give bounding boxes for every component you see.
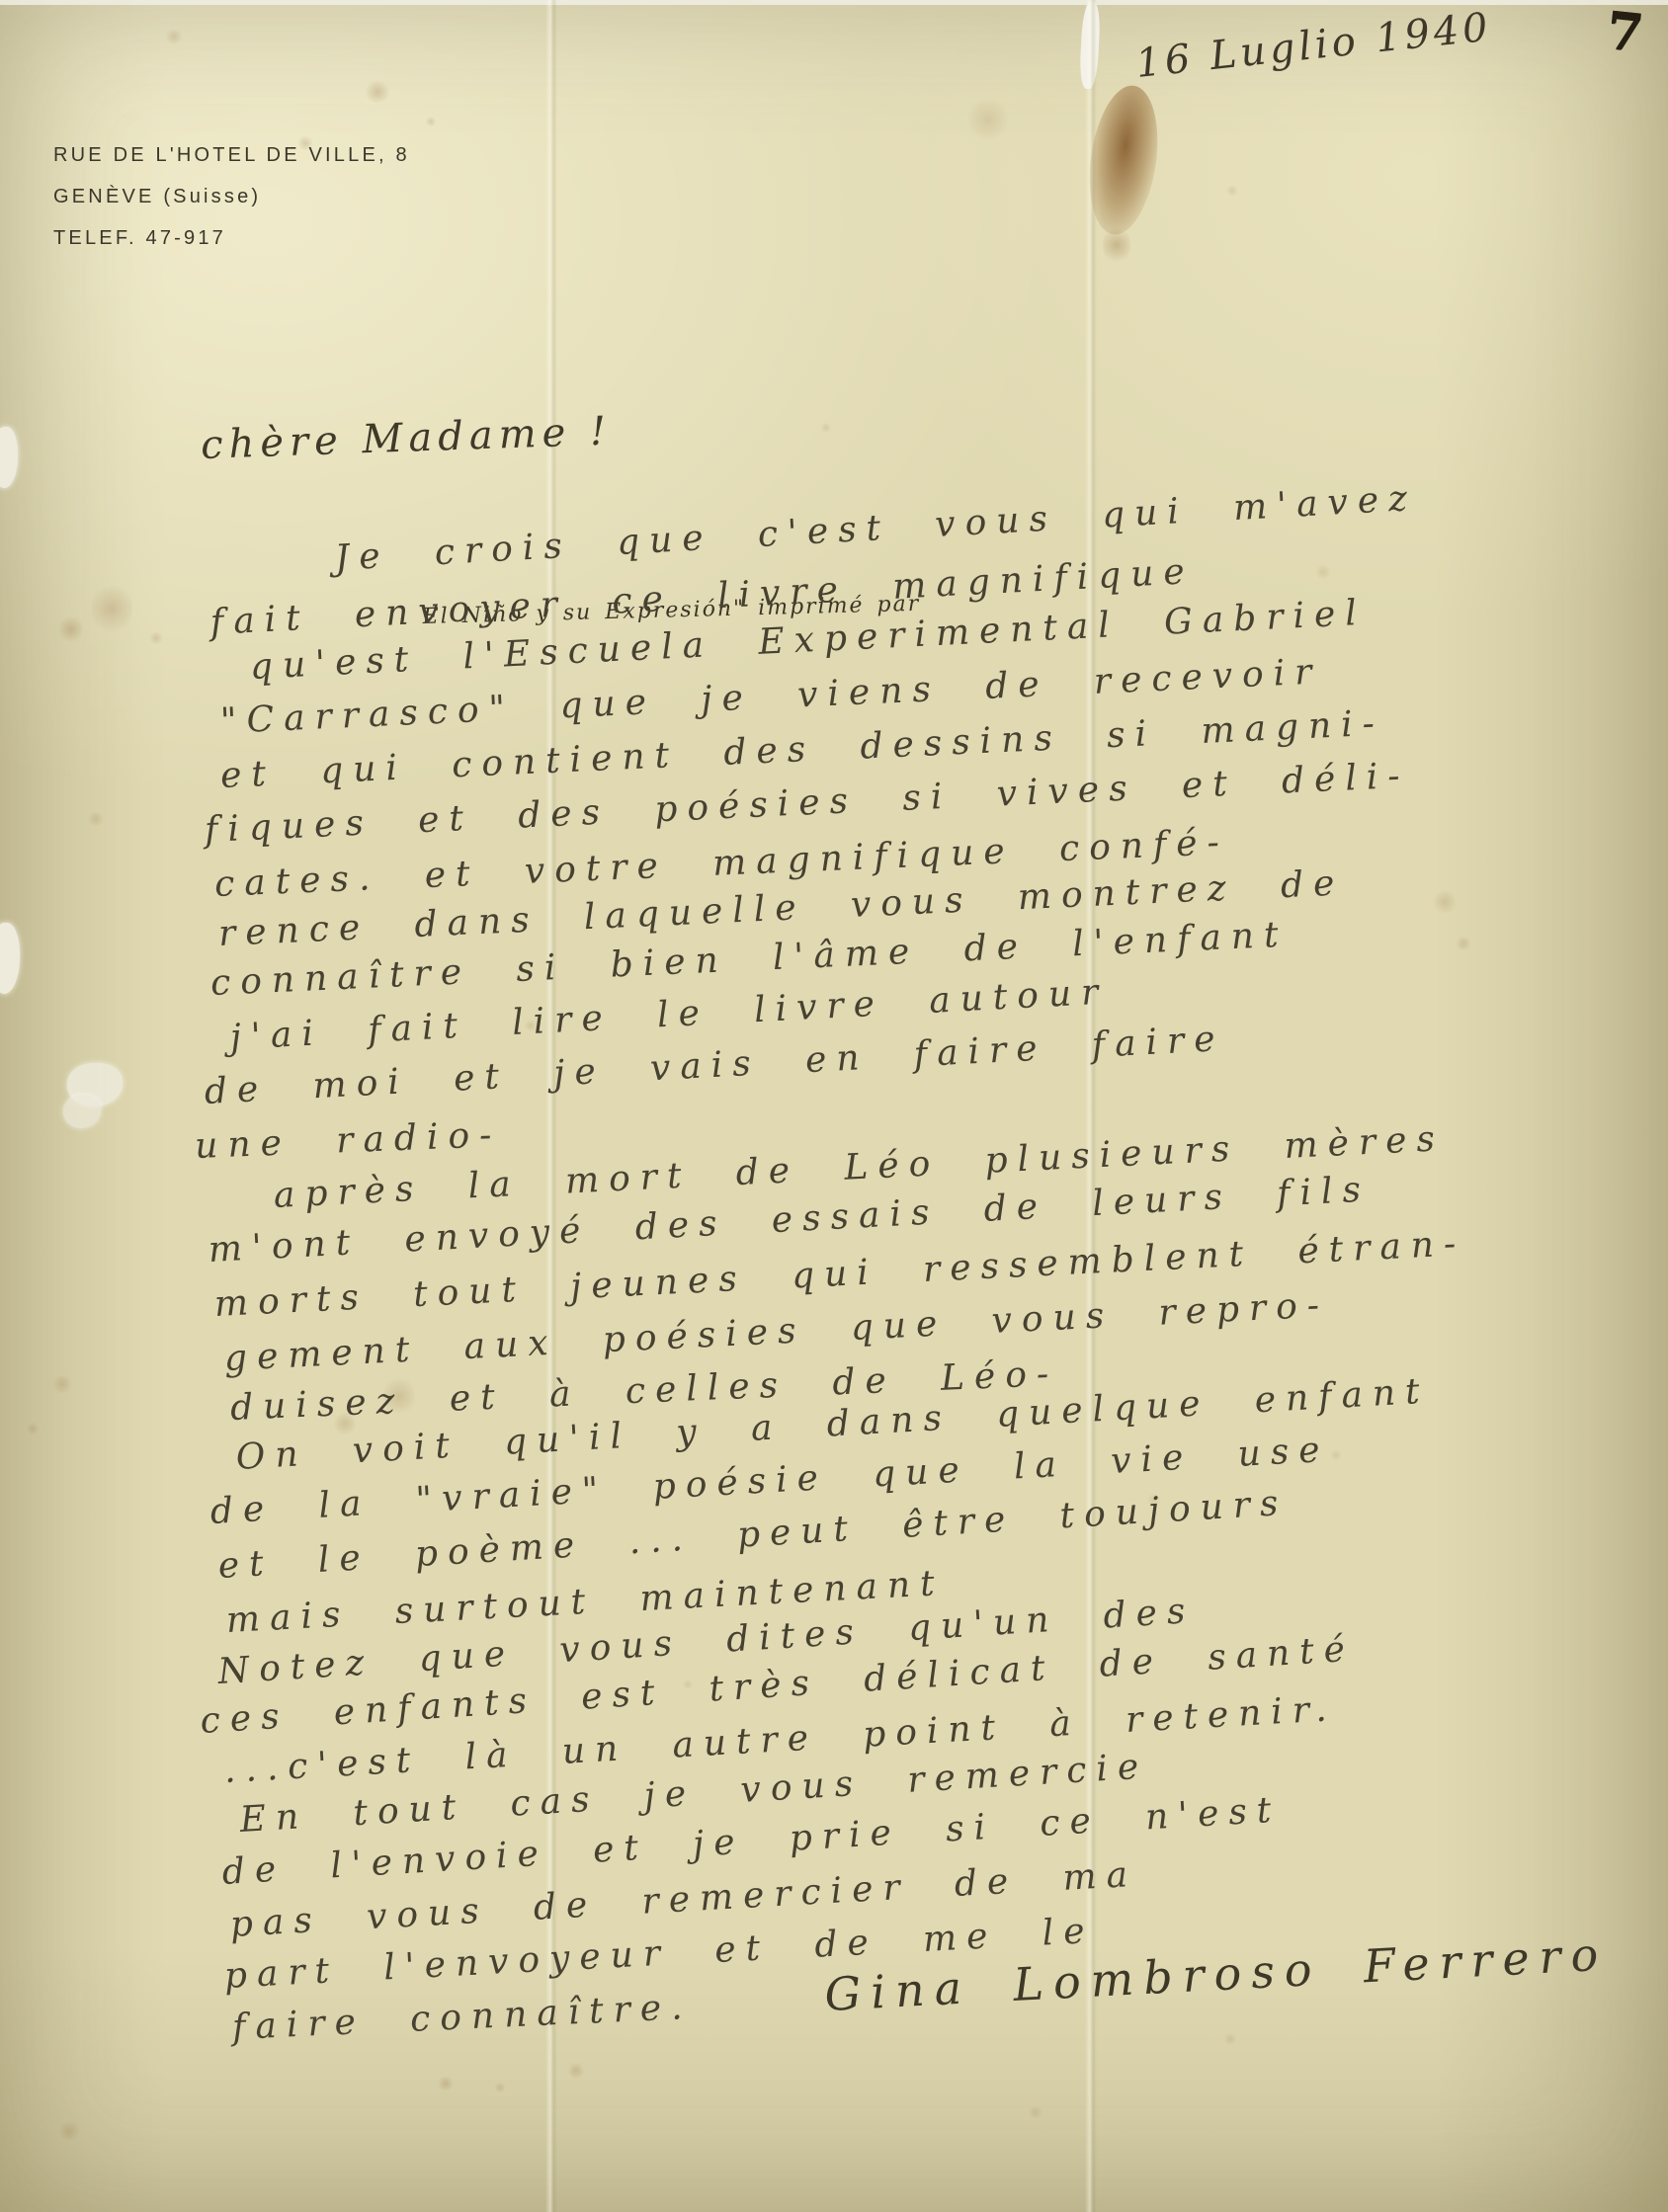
- edge-chip: [0, 923, 20, 994]
- handwritten-line: faire connaître.: [231, 1987, 693, 2048]
- stain-freckle: [59, 614, 83, 644]
- stain-freckle: [1028, 2106, 1043, 2118]
- fold-crease-left: [545, 0, 557, 2212]
- letterhead: RUE DE L'HOTEL DE VILLE, 8 GENÈVE (Suiss…: [53, 134, 410, 259]
- stain-freckle: [51, 1375, 73, 1393]
- stain-freckle: [968, 95, 1008, 144]
- stain-freckle: [494, 2083, 506, 2092]
- stain-freckle: [1223, 2033, 1237, 2045]
- stain-freckle: [1314, 565, 1332, 579]
- letterhead-city: GENÈVE (Suisse): [53, 176, 410, 217]
- handwritten-line: une radio-: [194, 1114, 502, 1167]
- handwritten-line: Je crois que c'est vous qui m'avez: [334, 478, 1418, 579]
- stain-blotch-tail: [1103, 225, 1130, 265]
- edge-chip: [0, 427, 18, 488]
- stain-freckle: [820, 423, 832, 433]
- stain-freckle: [425, 117, 437, 126]
- stain-freckle: [164, 30, 184, 43]
- edge-chip: [67, 1063, 123, 1106]
- stain-freckle: [26, 1423, 40, 1434]
- stain-freckle: [1431, 891, 1459, 913]
- stain-freckle: [1455, 937, 1472, 950]
- date-handwritten: 16 Luglio 1940: [1133, 4, 1494, 87]
- stain-freckle: [437, 2077, 455, 2090]
- edge-chip: [63, 1095, 101, 1128]
- scan-edge-top: [0, 0, 1668, 5]
- page-number-mark: 7: [1604, 0, 1645, 63]
- stain-freckle: [364, 81, 391, 103]
- stain-freckle: [1329, 1450, 1343, 1460]
- stain-freckle: [567, 2063, 585, 2079]
- stain-freckle: [57, 2122, 81, 2140]
- letterhead-phone: TELEF. 47-917: [53, 217, 410, 259]
- stain-freckle: [148, 632, 164, 644]
- stain-blotch: [1081, 81, 1167, 239]
- letterhead-address: RUE DE L'HOTEL DE VILLE, 8: [53, 134, 410, 176]
- stain-freckle: [87, 812, 105, 826]
- salutation: chère Madame !: [200, 409, 612, 468]
- paper-tear: [1079, 2, 1102, 90]
- stain-freckle: [91, 581, 132, 636]
- letter-page: RUE DE L'HOTEL DE VILLE, 8 GENÈVE (Suiss…: [0, 0, 1668, 2212]
- stain-freckle: [1225, 186, 1239, 196]
